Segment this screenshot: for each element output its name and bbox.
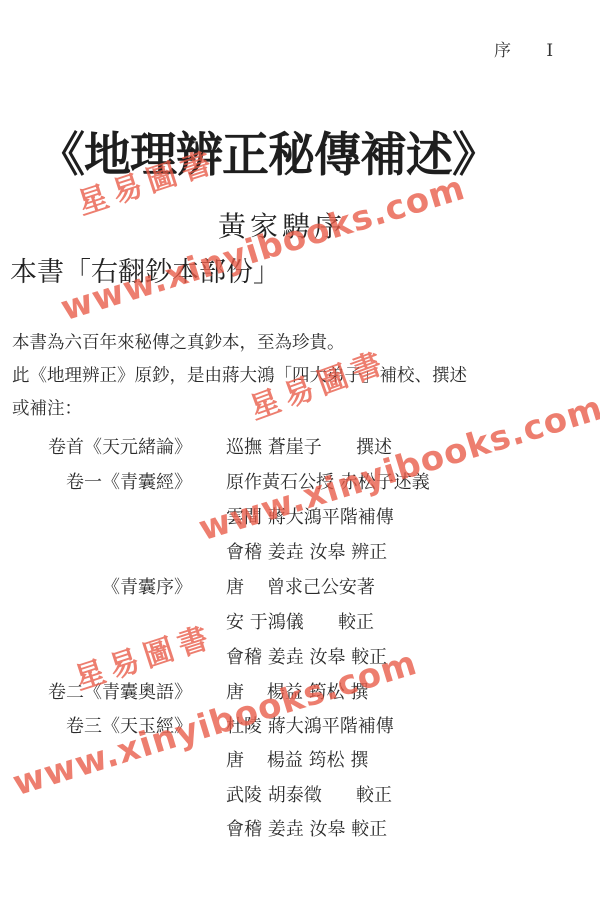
running-head: 序 I — [494, 36, 555, 61]
credit: 巡撫 蒼崖子 撰述 — [226, 433, 392, 459]
contents-row: 會稽 姜垚 汝皋 較正 — [0, 815, 600, 845]
contents-row: 卷一《青囊經》 原作黃石公授 赤松子述義 — [0, 468, 600, 498]
contents-row: 安 于鴻儀 較正 — [0, 608, 600, 638]
credit: 會稽 姜垚 汝皋 辨正 — [226, 538, 387, 564]
contents-row: 會稽 姜垚 汝皋 較正 — [0, 643, 600, 673]
watermark-url: www.xinyibooks.com — [56, 168, 470, 329]
running-head-section: 序 — [494, 41, 513, 61]
credit: 會稽 姜垚 汝皋 較正 — [226, 815, 387, 841]
book-title: 《地理辨正秘傳補述》 — [38, 118, 538, 185]
credit: 唐 楊益 筠松 撰 — [226, 746, 368, 772]
contents-row: 唐 楊益 筠松 撰 — [0, 746, 600, 776]
contents-row: 武陵 胡泰徵 較正 — [0, 781, 600, 811]
contents-row: 卷三《天玉經》 杜陵 蔣大鴻平階補傳 — [0, 712, 600, 742]
contents-row: 雲間 蔣大鴻平階補傳 — [0, 503, 600, 533]
contents-row: 會稽 姜垚 汝皋 辨正 — [0, 538, 600, 568]
volume-title: 卷首《天元緒論》 — [48, 433, 192, 459]
paragraph-line: 此《地理辨正》原鈔，是由蔣大鴻「四大弟子」補校、撰述 — [12, 362, 467, 387]
credit: 唐 楊益 筠松 撰 — [226, 678, 368, 704]
volume-title: 卷二《青囊奧語》 — [48, 678, 192, 704]
contents-row: 卷首《天元緒論》 巡撫 蒼崖子 撰述 — [0, 433, 600, 463]
contents-row: 卷二《青囊奧語》 唐 楊益 筠松 撰 — [0, 678, 600, 708]
volume-title: 卷一《青囊經》 — [66, 468, 192, 494]
credit: 原作黃石公授 赤松子述義 — [226, 468, 430, 494]
volume-title: 《青囊序》 — [102, 573, 192, 599]
paragraph-line: 或補注： — [12, 395, 82, 420]
section-heading: 本書「右翻鈔本部份」 — [10, 250, 280, 289]
credit: 雲間 蔣大鴻平階補傳 — [226, 503, 394, 529]
page-number: I — [546, 41, 555, 61]
credit: 會稽 姜垚 汝皋 較正 — [226, 643, 387, 669]
preface-author: 黃家騁序 — [218, 205, 346, 245]
credit: 杜陵 蔣大鴻平階補傳 — [226, 712, 394, 738]
contents-row: 《青囊序》 唐 曾求己公安著 — [0, 573, 600, 603]
book-page: 序 I 《地理辨正秘傳補述》 黃家騁序 本書「右翻鈔本部份」 本書為六百年來秘傳… — [0, 0, 600, 913]
paragraph-line: 本書為六百年來秘傳之真鈔本，至為珍貴。 — [12, 329, 345, 354]
credit: 唐 曾求己公安著 — [226, 573, 375, 599]
volume-title: 卷三《天玉經》 — [66, 712, 192, 738]
credit: 安 于鴻儀 較正 — [226, 608, 374, 634]
credit: 武陵 胡泰徵 較正 — [226, 781, 392, 807]
